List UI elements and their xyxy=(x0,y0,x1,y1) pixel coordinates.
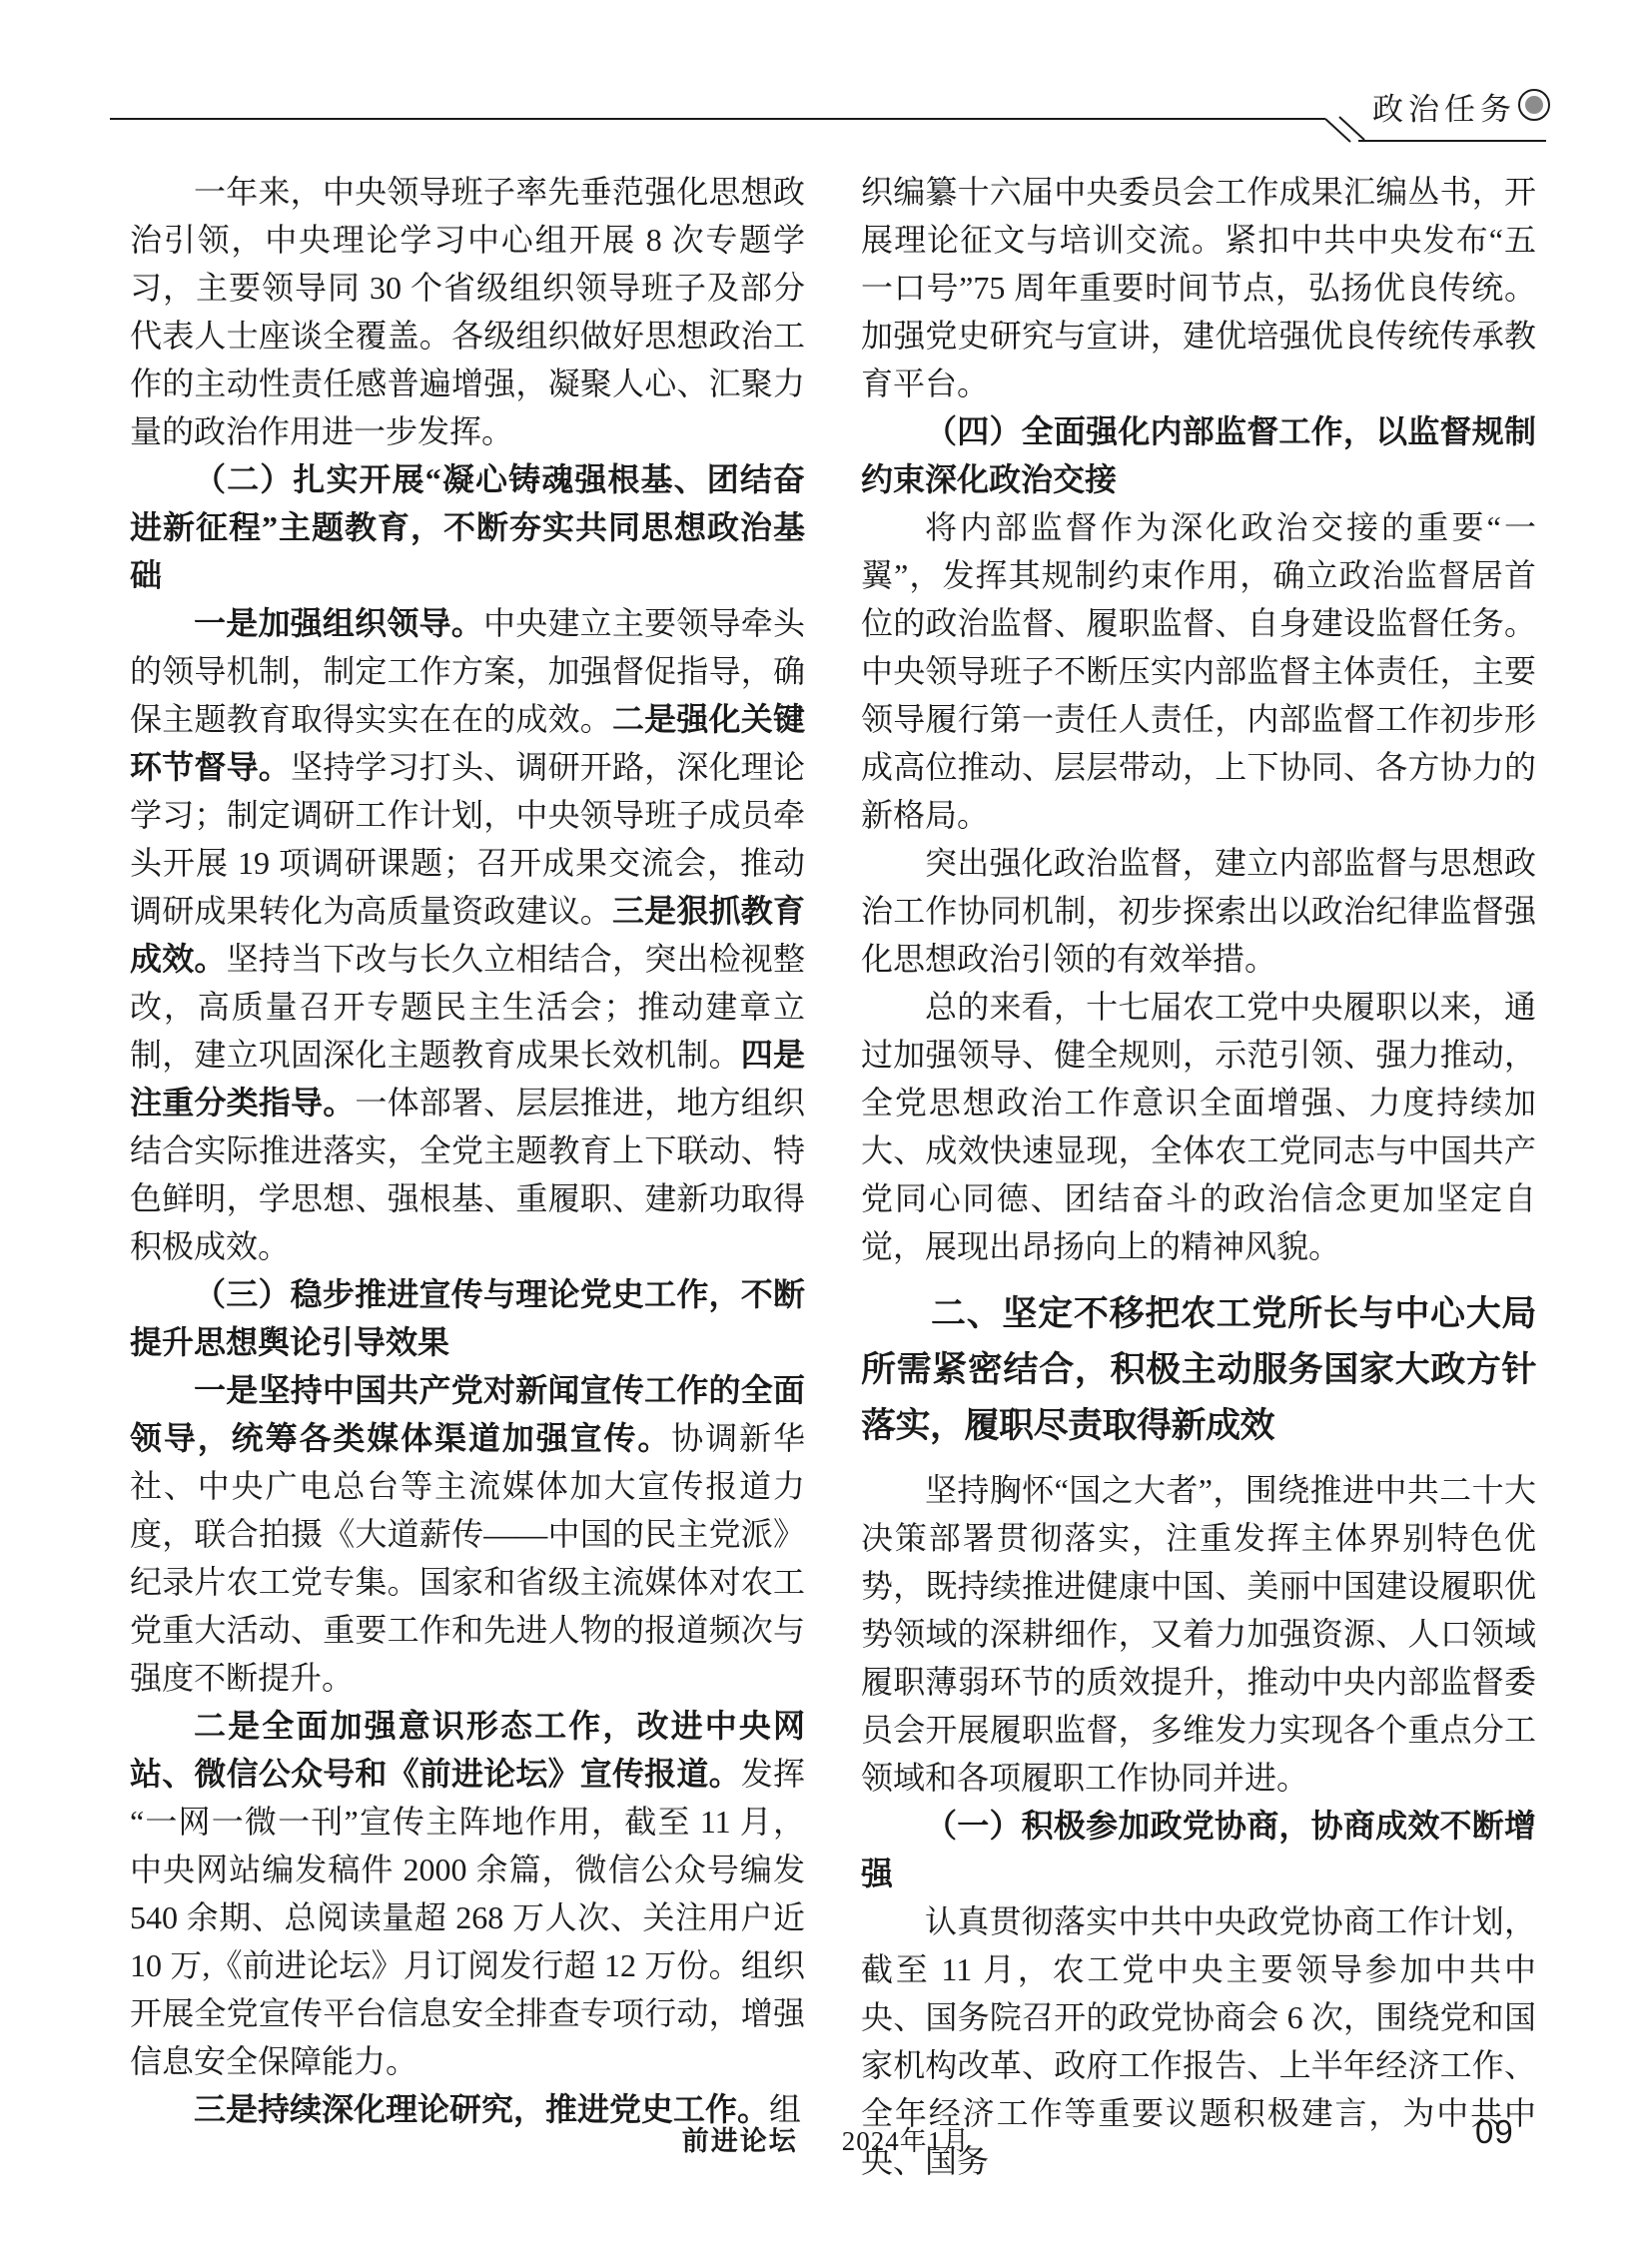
body-paragraph: 一是坚持中国共产党对新闻宣传工作的全面领导，统筹各类媒体渠道加强宣传。协调新华社… xyxy=(130,1366,805,1702)
bullseye-dot-icon xyxy=(1518,89,1550,121)
body-paragraph: 总的来看，十七届农工党中央履职以来，通过加强领导、健全规则，示范引领、强力推动，… xyxy=(861,983,1536,1270)
column-right: 织编纂十六届中央委员会工作成果汇编丛书，开展理论征文与培训交流。紧扣中共中央发布… xyxy=(861,168,1536,2185)
sub-heading: （一）积极参加政党协商，协商成效不断增强 xyxy=(861,1802,1536,1897)
text-run: 将内部监督作为深化政治交接的重要“一翼”，发挥其规制约束作用，确立政治监督居首位… xyxy=(861,509,1536,833)
page-number: 09 xyxy=(1475,2113,1514,2151)
text-run: 协调新华社、中央广电总台等主流媒体加大宣传报道力度，联合拍摄《大道薪传——中国的… xyxy=(130,1420,805,1696)
body-paragraph: 坚持胸怀“国之大者”，围绕推进中共二十大决策部署贯彻落实，注重发挥主体界别特色优… xyxy=(861,1466,1536,1802)
body-paragraph: 突出强化政治监督，建立内部监督与思想政治工作协同机制，初步探索出以政治纪律监督强… xyxy=(861,839,1536,983)
body-paragraph: 二是全面加强意识形态工作，改进中央网站、微信公众号和《前进论坛》宣传报道。发挥“… xyxy=(130,1702,805,2085)
body-paragraph: 将内部监督作为深化政治交接的重要“一翼”，发挥其规制约束作用，确立政治监督居首位… xyxy=(861,503,1536,839)
bold-run: （二）扎实开展“凝心铸魂强根基、团结奋进新征程”主题教育，不断夯实共同思想政治基… xyxy=(130,461,805,593)
sub-heading: （二）扎实开展“凝心铸魂强根基、团结奋进新征程”主题教育，不断夯实共同思想政治基… xyxy=(130,455,805,599)
bold-run: （一）积极参加政党协商，协商成效不断增强 xyxy=(861,1808,1536,1891)
bold-run: （四）全面强化内部监督工作，以监督规制约束深化政治交接 xyxy=(861,413,1536,497)
journal-title: 前进论坛 xyxy=(682,2119,798,2158)
footer: 前进论坛 2024年1月 xyxy=(0,2119,1652,2158)
section-heading: 二、坚定不移把农工党所长与中心大局所需紧密结合，积极主动服务国家大政方针落实，履… xyxy=(861,1286,1536,1454)
text-run: 突出强化政治监督，建立内部监督与思想政治工作协同机制，初步探索出以政治纪律监督强… xyxy=(861,845,1536,977)
body-paragraph: 一是加强组织领导。中央建立主要领导牵头的领导机制，制定工作方案，加强督促指导，确… xyxy=(130,599,805,1270)
sub-heading: （三）稳步推进宣传与理论党史工作，不断提升思想舆论引导效果 xyxy=(130,1270,805,1366)
article-body: 一年来，中央领导班子率先垂范强化思想政治引领，中央理论学习中心组开展 8 次专题… xyxy=(130,168,1536,2185)
text-run: 织编纂十六届中央委员会工作成果汇编丛书，开展理论征文与培训交流。紧扣中共中央发布… xyxy=(861,174,1536,401)
bold-run: 二是全面加强意识形态工作，改进中央网站、微信公众号和《前进论坛》宣传报道。 xyxy=(130,1708,805,1792)
issue-date: 2024年1月 xyxy=(842,2119,971,2158)
section-label: 政治任务 xyxy=(1372,84,1516,129)
bold-run: 一是加强组织领导。 xyxy=(194,605,483,641)
body-paragraph: 织编纂十六届中央委员会工作成果汇编丛书，开展理论征文与培训交流。紧扣中共中央发布… xyxy=(861,168,1536,407)
bold-run: 二、坚定不移把农工党所长与中心大局所需紧密结合，积极主动服务国家大政方针落实，履… xyxy=(861,1294,1536,1445)
text-run: 总的来看，十七届农工党中央履职以来，通过加强领导、健全规则，示范引领、强力推动，… xyxy=(861,989,1536,1264)
sub-heading: （四）全面强化内部监督工作，以监督规制约束深化政治交接 xyxy=(861,407,1536,503)
text-run: 坚持胸怀“国之大者”，围绕推进中共二十大决策部署贯彻落实，注重发挥主体界别特色优… xyxy=(861,1472,1536,1796)
body-paragraph: 一年来，中央领导班子率先垂范强化思想政治引领，中央理论学习中心组开展 8 次专题… xyxy=(130,168,805,455)
bold-run: （三）稳步推进宣传与理论党史工作，不断提升思想舆论引导效果 xyxy=(130,1276,805,1360)
text-run: 发挥“一网一微一刊”宣传主阵地作用，截至 11 月，中央网站编发稿件 2000 … xyxy=(130,1756,805,2079)
magazine-page: 政治任务 一年来，中央领导班子率先垂范强化思想政治引领，中央理论学习中心组开展 … xyxy=(0,0,1652,2242)
text-run: 坚持当下改与长久立相结合，突出检视整改，高质量召开专题民主生活会；推动建章立制，… xyxy=(130,941,805,1073)
column-left: 一年来，中央领导班子率先垂范强化思想政治引领，中央理论学习中心组开展 8 次专题… xyxy=(130,168,805,2185)
text-run: 一年来，中央领导班子率先垂范强化思想政治引领，中央理论学习中心组开展 8 次专题… xyxy=(130,174,805,449)
